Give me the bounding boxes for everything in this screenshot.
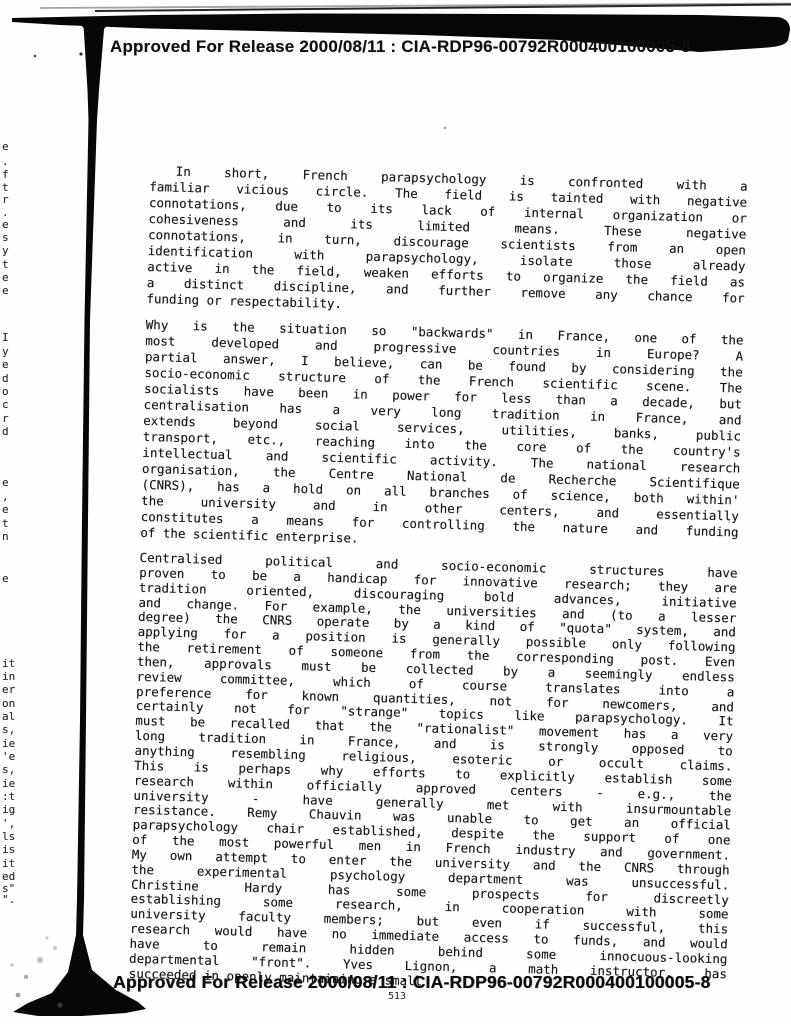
- speckle: [24, 975, 28, 979]
- margin-fragment: s: [2, 231, 9, 244]
- margin-fragment: ,: [2, 490, 9, 503]
- margin-fragment: ig: [2, 803, 15, 816]
- margin-fragment: e: [2, 140, 9, 153]
- speckle: [444, 127, 446, 129]
- margin-fragment: d: [2, 425, 9, 438]
- margin-fragment: s,: [2, 763, 15, 776]
- margin-fragment: e: [2, 358, 9, 371]
- margin-fragment: ',: [2, 817, 15, 830]
- margin-fragment: t: [2, 517, 9, 530]
- margin-fragment: t: [2, 258, 9, 271]
- margin-fragment: e: [2, 503, 9, 516]
- scanned-document-page: e.ftr.esyteeIyedocrde,etneitineronals,ie…: [0, 0, 791, 1024]
- speckle: [45, 936, 48, 939]
- margin-fragment: I: [2, 331, 9, 344]
- speckle: [53, 946, 57, 950]
- spine-top-flare: [70, 20, 118, 38]
- paragraph: Centralised political and socio-economic…: [129, 551, 738, 997]
- paragraph: In short, French parapsychology is confr…: [146, 163, 748, 323]
- margin-fragment: ie: [2, 737, 15, 750]
- top-hairline: [40, 4, 791, 9]
- margin-fragment: ls: [2, 830, 15, 843]
- margin-fragment: ie: [2, 777, 15, 790]
- margin-fragment: e: [2, 284, 9, 297]
- margin-fragment: y: [2, 345, 9, 358]
- margin-fragment: f: [2, 168, 9, 181]
- margin-fragment: o: [2, 385, 9, 398]
- margin-fragment: r: [2, 193, 9, 206]
- margin-fragment: 'e: [2, 750, 15, 763]
- margin-fragment: :t: [2, 790, 15, 803]
- margin-fragment: is: [2, 843, 15, 856]
- body-text: In short, French parapsychology is confr…: [128, 163, 747, 1007]
- margin-fragment: r: [2, 412, 9, 425]
- margin-fragment: e: [2, 476, 9, 489]
- margin-fragment: it: [2, 657, 15, 670]
- margin-fragment: n: [2, 530, 9, 543]
- paragraph: Why is the situation so "backwards" in F…: [140, 317, 744, 557]
- speckle: [79, 52, 82, 55]
- margin-fragment: on: [2, 697, 15, 710]
- margin-fragment: .: [2, 155, 9, 168]
- margin-fragment: e: [2, 218, 9, 231]
- margin-fragment: c: [2, 398, 9, 411]
- speckle: [34, 55, 37, 58]
- speckle: [57, 1002, 62, 1007]
- footer-release-stamp: Approved For Release 2000/08/11 : CIA-RD…: [113, 972, 710, 993]
- margin-fragment: s,: [2, 723, 15, 736]
- margin-fragment: er: [2, 683, 15, 696]
- header-release-stamp: Approved For Release 2000/08/11 : CIA-RD…: [110, 37, 691, 57]
- margin-fragments: e.ftr.esyteeIyedocrde,etneitineronals,ie…: [0, 0, 20, 1024]
- margin-fragment: e: [2, 572, 9, 585]
- margin-fragment: ".: [2, 893, 15, 906]
- speckle: [37, 957, 43, 963]
- binding-spine-bar: [13, 17, 146, 1016]
- top-thin-line: [95, 5, 791, 12]
- page-number: 513: [388, 991, 406, 1002]
- margin-fragment: y: [2, 244, 9, 257]
- margin-fragment: it: [2, 857, 15, 870]
- margin-fragment: d: [2, 372, 9, 385]
- margin-fragment: al: [2, 710, 15, 723]
- margin-fragment: e: [2, 271, 9, 284]
- margin-fragment: in: [2, 670, 15, 683]
